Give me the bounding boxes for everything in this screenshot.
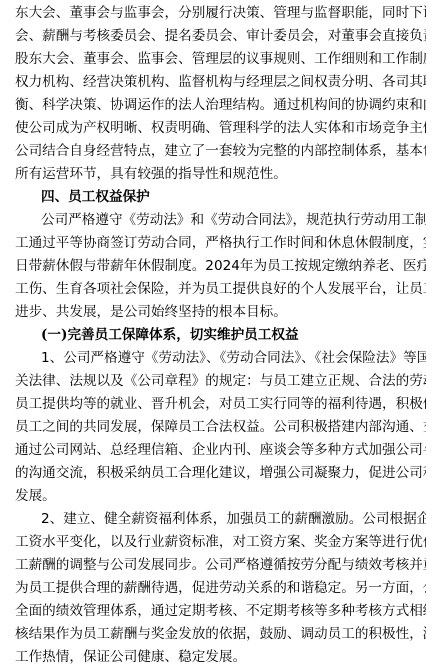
text-line: 衡、科学决策、协调运作的法人治理结构。通过机构间的协调约束和内部监督， (15, 94, 426, 117)
text-line: 关法律、法规以及《公司章程》的规定：与员工建立正规、合法的劳动关系，为 (15, 370, 426, 393)
text-line: 权力机构、经营决策机构、监督机构与经理层之间权责分明、各司其职、相互制 (15, 71, 426, 94)
section-heading-employee-rights: 四、员工权益保护 (15, 186, 426, 209)
text-line: 工薪酬的调整与公司发展同步。公司严格遵循按劳分配与绩效考核并重的原则， (15, 554, 426, 577)
text-line: 工通过平等协商签订劳动合同，严格执行工作时间和休息休假制度，实行法定假 (15, 232, 426, 255)
document-page: 东大会、董事会与监事会，分别履行决策、管理与监督职能，同时下设战略委员 会、薪酬… (15, 2, 426, 667)
employee-rights-intro-paragraph: 公司严格遵守《劳动法》和《劳动合同法》，规范执行劳动用工制度，与职 工通过平等协… (15, 209, 426, 324)
text-line: 东大会、董事会与监事会，分别履行决策、管理与监督职能，同时下设战略委员 (15, 2, 426, 25)
subsection-heading-protection-system: (一)完善员工保障体系，切实维护员工权益 (15, 324, 426, 347)
text-line: 所有运营环节，具有较强的指导性和规范性。 (15, 163, 426, 186)
text-line: 日带薪休假与带薪年休假制度。2024年为员工按规定缴纳养老、医疗、失业、 (15, 255, 426, 278)
text-line: 核结果作为员工薪酬与奖金发放的依据，鼓励、调动员工的积极性，激发员工的 (15, 623, 426, 646)
item-1-paragraph: 1、公司严格遵守《劳动法》、《劳动合同法》、《社会保险法》等国家相 关法律、法规… (15, 347, 426, 508)
text-line: 通过公司网站、总经理信箱、企业内刊、座谈会等多种方式加强公司与员工之间 (15, 439, 426, 462)
text-line: 使公司成为产权明晰、权责明确、管理科学的法人实体和市场竞争主体。同时， (15, 117, 426, 140)
item-2-paragraph: 2、建立、健全薪资福利体系，加强员工的薪酬激励。公司根据企业所在地 工资水平变化… (15, 508, 426, 667)
text-line: 公司严格遵守《劳动法》和《劳动合同法》，规范执行劳动用工制度，与职 (15, 209, 426, 232)
text-line: 为员工提供合理的薪酬待遇，促进劳动关系的和谐稳定。另一方面，公司建立了 (15, 577, 426, 600)
text-line: 工作热情，保证公司健康、稳定发展。 (15, 646, 426, 667)
text-line: 员工之间的共同发展，保障员工合法权益。公司积极搭建内部沟通、交流的平台， (15, 416, 426, 439)
text-line: 股东大会、董事会、监事会、管理层的议事规则、工作细则和工作制度，形成了 (15, 48, 426, 71)
text-line: 2、建立、健全薪资福利体系，加强员工的薪酬激励。公司根据企业所在地 (15, 508, 426, 531)
text-line: 1、公司严格遵守《劳动法》、《劳动合同法》、《社会保险法》等国家相 (15, 347, 426, 370)
text-line: 会、薪酬与考核委员会、提名委员会、审计委员会，对董事会直接负责；完善了 (15, 25, 426, 48)
text-line: 工资水平变化，以及行业薪资标准，对工资方案、奖金方案等进行优化，实现员 (15, 531, 426, 554)
text-line: 的沟通交流，积极采纳员工合理化建议，增强公司凝聚力，促进公司和谐、稳定 (15, 462, 426, 485)
text-line: 公司结合自身经营特点，建立了一套较为完整的内部控制体系，基本包括了公司 (15, 140, 426, 163)
text-line: 全面的绩效管理体系，通过定期考核、不定期考核等多种考核方式相结合，将考 (15, 600, 426, 623)
text-line: 进步、共发展，是公司始终坚持的根本目标。 (15, 301, 426, 324)
governance-paragraph: 东大会、董事会与监事会，分别履行决策、管理与监督职能，同时下设战略委员 会、薪酬… (15, 2, 426, 186)
text-line: 员工提供均等的就业、晋升机会，对员工实行同等的福利待遇，积极促进企业与 (15, 393, 426, 416)
text-line: 工伤、生育各项社会保险，并为员工提供良好的个人发展平台，让员工与企业同 (15, 278, 426, 301)
text-line: 发展。 (15, 485, 426, 508)
